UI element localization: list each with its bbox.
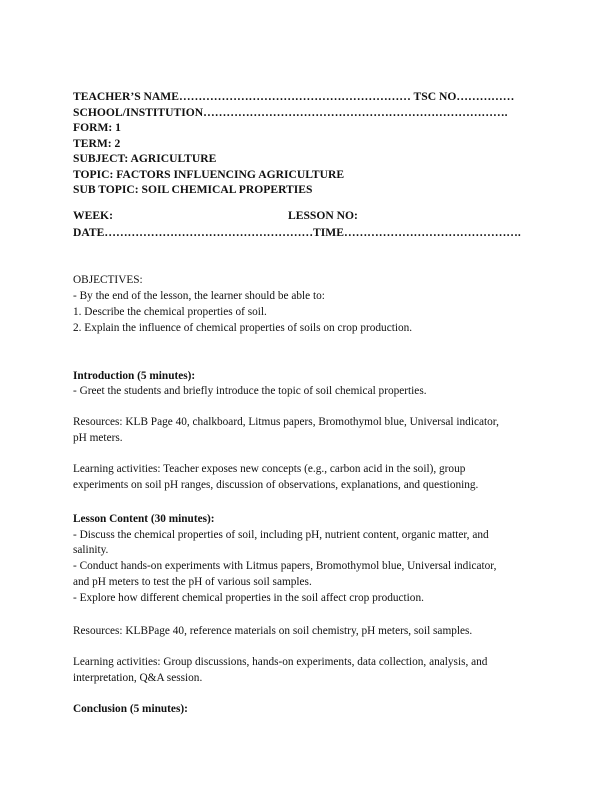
objectives-heading: OBJECTIVES: [73, 273, 143, 287]
school-label: SCHOOL/INSTITUTION [73, 106, 203, 119]
teacher-name-label: TEACHER’S NAME [73, 90, 179, 103]
objective-item: 1. Describe the chemical properties of s… [73, 305, 267, 319]
topic-field: TOPIC: FACTORS INFLUENCING AGRICULTURE [73, 168, 344, 182]
date-time-line: DATE………………………………………………TIME……………………………………… [73, 226, 521, 240]
objectives-intro: - By the end of the lesson, the learner … [73, 289, 325, 303]
lesson-content-line: - Discuss the chemical properties of soi… [73, 528, 489, 542]
sub-topic-field: SUB TOPIC: SOIL CHEMICAL PROPERTIES [73, 183, 312, 197]
introduction-activities: Learning activities: Teacher exposes new… [73, 462, 465, 476]
form-field: FORM: 1 [73, 121, 121, 135]
school-blank: ……………………………………………………………………. [203, 106, 507, 119]
lesson-content-activities: interpretation, Q&A session. [73, 671, 202, 685]
date-label: DATE [73, 226, 104, 239]
teacher-name-blank: …………………………………………………… [179, 90, 411, 103]
week-field: WEEK: [73, 209, 113, 223]
school-line: SCHOOL/INSTITUTION…………………………………………………………… [73, 106, 508, 120]
conclusion-heading: Conclusion (5 minutes): [73, 702, 188, 716]
teacher-name-line: TEACHER’S NAME…………………………………………………… TSC N… [73, 90, 514, 104]
introduction-resources: pH meters. [73, 431, 123, 445]
introduction-resources: Resources: KLB Page 40, chalkboard, Litm… [73, 415, 499, 429]
lesson-content-line: - Explore how different chemical propert… [73, 591, 424, 605]
tsc-no-label: TSC NO [411, 90, 457, 103]
date-blank: ……………………………………………… [104, 226, 313, 239]
subject-field: SUBJECT: AGRICULTURE [73, 152, 216, 166]
introduction-activities: experiments on soil pH ranges, discussio… [73, 478, 478, 492]
tsc-no-blank: …………… [456, 90, 514, 103]
lesson-content-line: and pH meters to test the pH of various … [73, 575, 312, 589]
lesson-no-field: LESSON NO: [288, 209, 358, 223]
time-label: TIME [313, 226, 344, 239]
introduction-point: - Greet the students and briefly introdu… [73, 384, 427, 398]
lesson-content-line: salinity. [73, 543, 108, 557]
lesson-content-resources: Resources: KLBPage 40, reference materia… [73, 624, 472, 638]
term-field: TERM: 2 [73, 137, 120, 151]
lesson-content-heading: Lesson Content (30 minutes): [73, 512, 215, 526]
lesson-content-line: - Conduct hands-on experiments with Litm… [73, 559, 496, 573]
time-blank: ………………………………………. [344, 226, 521, 239]
objective-item: 2. Explain the influence of chemical pro… [73, 321, 412, 335]
introduction-heading: Introduction (5 minutes): [73, 369, 195, 383]
lesson-content-activities: Learning activities: Group discussions, … [73, 655, 487, 669]
